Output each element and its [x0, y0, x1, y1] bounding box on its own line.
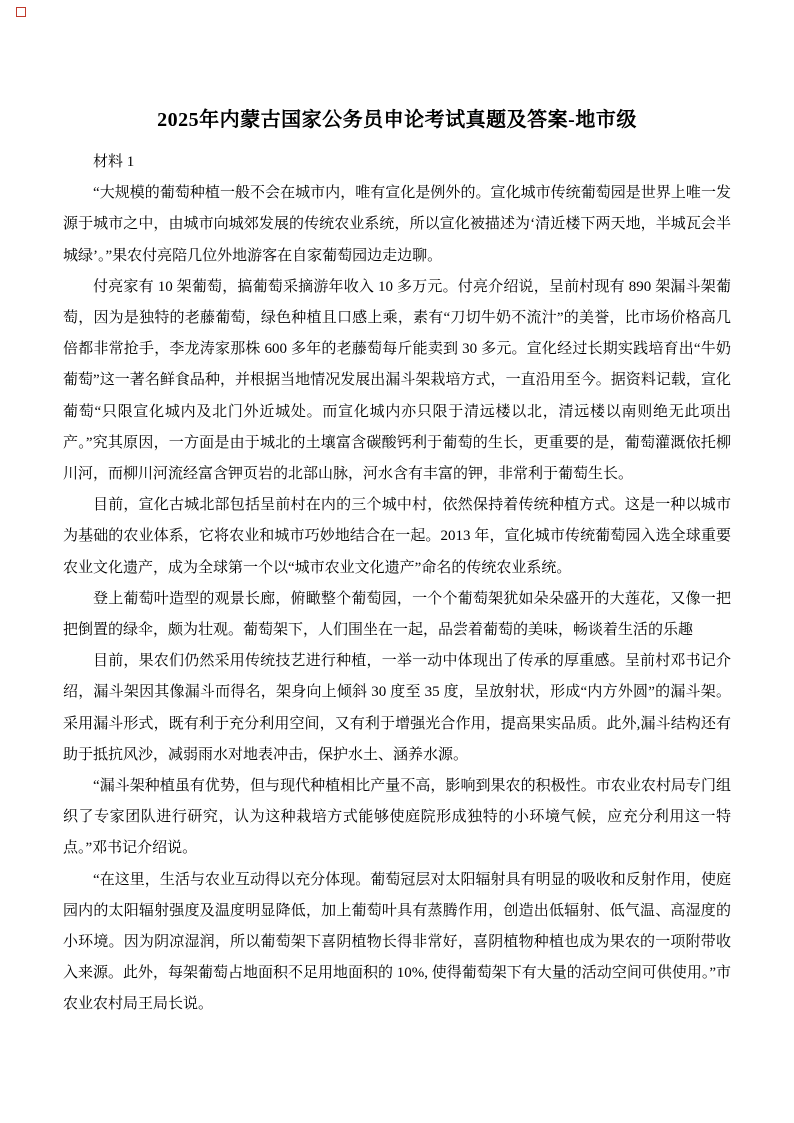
paragraph-7: “在这里，生活与农业互动得以充分体现。葡萄冠层对太阳辐射具有明显的吸收和反射作用… [63, 865, 731, 1021]
paragraph-1: “大规模的葡萄种植一般不会在城市内，唯有宣化是例外的。宣化城市传统葡萄园是世界上… [63, 178, 731, 272]
paragraph-2: 付亮家有 10 架葡萄，搞葡萄采摘游年收入 10 多万元。付亮介绍说，呈前村现有… [63, 272, 731, 490]
paragraph-6: “漏斗架种植虽有优势，但与现代种植相比产量不高，影响到果农的积极性。市农业农村局… [63, 771, 731, 865]
paragraph-4: 登上葡萄叶造型的观景长廊，俯瞰整个葡萄园，一个个葡萄架犹如朵朵盛开的大莲花，又像… [63, 584, 731, 646]
document-page: 2025年内蒙古国家公务员申论考试真题及答案-地市级 材料 1 “大规模的葡萄种… [0, 0, 794, 1123]
broken-image-placeholder-icon [16, 7, 26, 17]
paragraph-5: 目前，果农们仍然采用传统技艺进行种植，一举一动中体现出了传承的厚重感。呈前村邓书… [63, 646, 731, 771]
material-label: 材料 1 [63, 147, 731, 178]
document-title: 2025年内蒙古国家公务员申论考试真题及答案-地市级 [0, 0, 794, 134]
paragraph-3: 目前，宣化古城北部包括呈前村在内的三个城中村，依然保持着传统种植方式。这是一种以… [63, 490, 731, 584]
document-body: 材料 1 “大规模的葡萄种植一般不会在城市内，唯有宣化是例外的。宣化城市传统葡萄… [63, 147, 731, 1021]
